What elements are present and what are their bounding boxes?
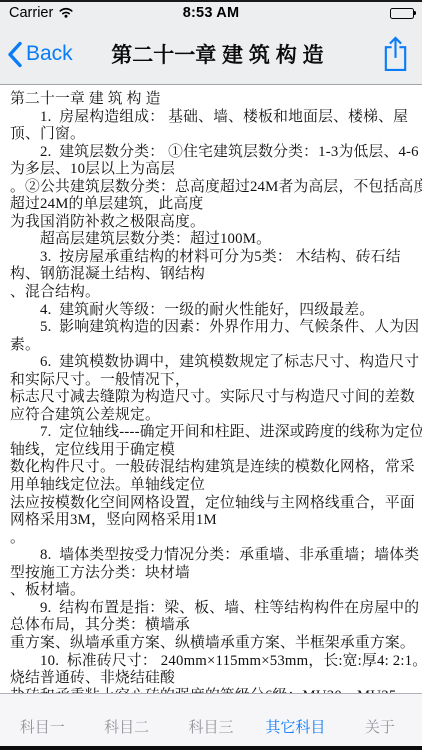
text-line: 轴线，定位线用于确定模 [10,442,414,460]
battery-icon [390,8,414,19]
tab-about[interactable]: 关于 [338,694,422,746]
text-line: 构、钢筋混凝土结构、钢结构 [10,266,414,284]
nav-bar: Back 第二十一章 建 筑 构 造 [0,24,422,85]
text-line: 烧结普通砖、非烧结硅酸 [10,670,414,688]
text-line: 标志尺寸减去缝隙为构造尺寸。实际尺寸与构造尺寸间的差数 [10,389,414,407]
text-line: 、板材墙。 [10,582,414,600]
text-line: 2. 建筑层数分类： ①住宅建筑层数分类：1-3为低层、4-6 [10,144,414,162]
text-line: 6. 建筑模数协调中，建筑模数规定了标志尺寸、构造尺寸 [10,354,414,372]
text-line: 和实际尺寸。一般情况下， [10,372,414,390]
text-line: 第二十一章 建 筑 构 造 [10,91,414,109]
text-line: 为多层、10层以上为高层 [10,161,414,179]
back-label: Back [26,42,73,66]
back-chevron-icon [7,41,22,68]
status-time: 8:53 AM [0,5,422,21]
text-line: 用单轴线定位法。单轴线定位 [10,477,414,495]
text-line: 3. 按房屋承重结构的材料可分为5类： 木结构、砖石结 [10,249,414,267]
text-line: 网格采用3M，竖向网格采用1M [10,512,414,530]
text-line: 总体布局，其分类：横墙承 [10,617,414,635]
text-line: 超高层建筑层数分类：超过100M。 [10,231,414,249]
text-line: 为我国消防补救之极限高度。 [10,214,414,232]
share-icon [381,61,410,76]
status-bar: Carrier 8:53 AM [0,2,422,24]
text-line: 超过24M的单层建筑，此高度 [10,196,414,214]
tab-subject-3[interactable]: 科目三 [169,694,253,746]
back-button[interactable]: Back [7,24,73,84]
text-line: 应符合建筑公差规定。 [10,407,414,425]
text-line: 、混合结构。 [10,284,414,302]
text-line: 重方案、纵墙承重方案、纵横墙承重方案、半框架承重方案。 [10,635,414,653]
text-line: 10. 标准砖尺寸： 240mm×115mm×53mm，长:宽:厚4: 2:1。 [10,653,414,671]
share-button[interactable] [381,36,410,73]
text-line: 数化构件尺寸。一般砖混结构建筑是连续的模数化网格，常采 [10,459,414,477]
text-line: 7. 定位轴线----确定开间和柱距、进深或跨度的线称为定位 [10,424,414,442]
app-screen: Carrier 8:53 AM Back 第二 [0,0,422,750]
text-line: 素。 [10,337,414,355]
text-line: 1. 房屋构造组成： 基础、墙、楼板和地面层、楼梯、屋 [10,109,414,127]
tab-subject-2[interactable]: 科目二 [84,694,168,746]
page-title: 第二十一章 建 筑 构 造 [111,39,323,69]
text-line: 9. 结构布置是指：梁、板、墙、柱等结构构件在房屋中的 [10,600,414,618]
text-line: 。 [10,530,414,548]
tab-subject-1[interactable]: 科目一 [0,694,84,746]
text-line: 型按施工方法分类：块材墙 [10,565,414,583]
text-line: 法应按模数化空间网格设置，定位轴线与主网格线重合，平面 [10,495,414,513]
screen-bottom-edge [0,746,422,750]
text-line: 顶、门窗。 [10,126,414,144]
tab-other-subjects[interactable]: 其它科目 [253,694,337,746]
text-line: 。②公共建筑层数分类：总高度超过24M者为高层，不包括高度 [10,179,414,197]
text-line: 5. 影响建筑构造的因素：外界作用力、气候条件、人为因 [10,319,414,337]
content-area[interactable]: 第二十一章 建 筑 构 造 1. 房屋构造组成： 基础、墙、楼板和地面层、楼梯、… [0,86,422,693]
tab-bar: 科目一 科目二 科目三 其它科目 关于 [0,693,422,746]
text-line: 8. 墙体类型按受力情况分类：承重墙、非承重墙；墙体类 [10,547,414,565]
text-line: 4. 建筑耐火等级：一级的耐火性能好，四级最差。 [10,302,414,320]
